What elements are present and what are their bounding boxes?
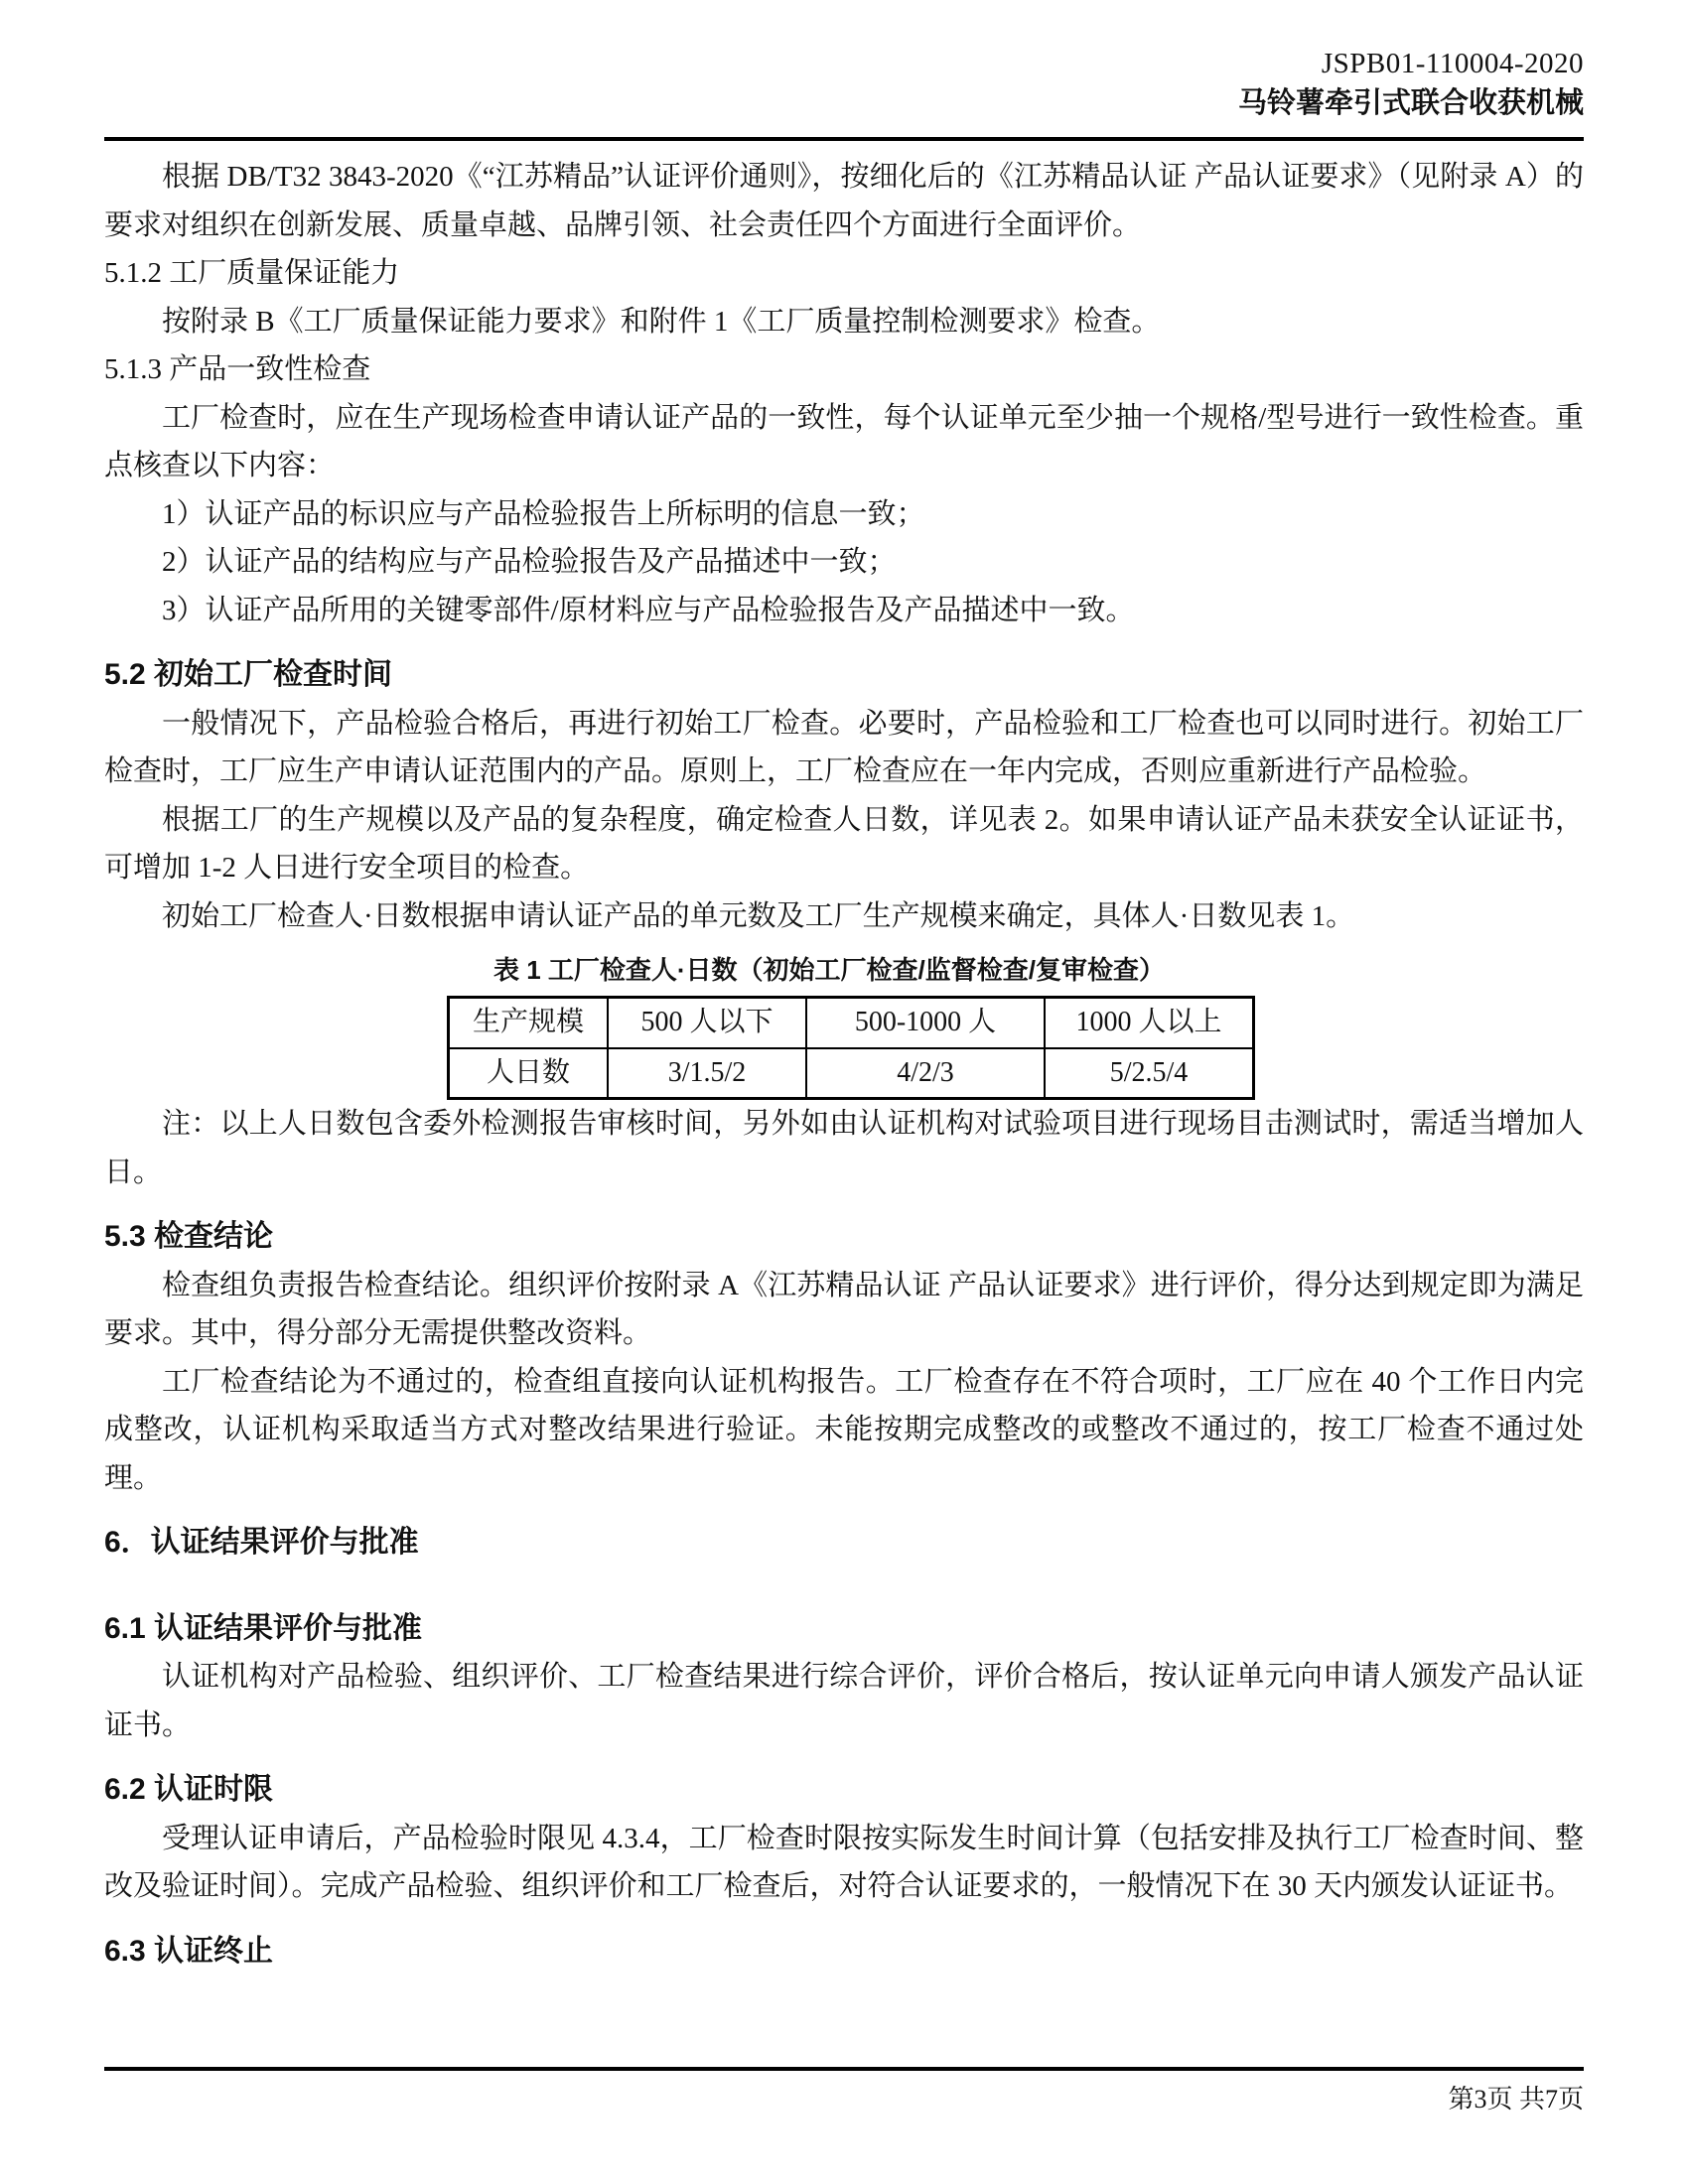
list-item-1: 1）认证产品的标识应与产品检验报告上所标明的信息一致； (104, 490, 1584, 539)
list-item-3: 3）认证产品所用的关键零部件/原材料应与产品检验报告及产品描述中一致。 (104, 587, 1584, 635)
section-6-2-paragraph: 受理认证申请后，产品检验时限见 4.3.4，工厂检查时限按实际发生时间计算（包括… (104, 1815, 1584, 1911)
table-cell: 1000 人以上 (1045, 998, 1254, 1048)
table-cell: 3/1.5/2 (608, 1048, 806, 1099)
table-cell: 生产规模 (449, 998, 609, 1048)
section-5-2-paragraph-1: 一般情况下，产品检验合格后，再进行初始工厂检查。必要时，产品检验和工厂检查也可以… (104, 700, 1584, 796)
section-6-1-title: 6.1 认证结果评价与批准 (104, 1605, 1584, 1654)
document-name: 马铃薯牵引式联合收获机械 (104, 83, 1584, 123)
document-page: JSPB01-110004-2020 马铃薯牵引式联合收获机械 根据 DB/T3… (0, 0, 1688, 2184)
section-6-title: 6．认证结果评价与批准 (104, 1519, 1584, 1568)
table-row-person-days: 人日数 3/1.5/2 4/2/3 5/2.5/4 (449, 1048, 1254, 1099)
table-cell: 500-1000 人 (806, 998, 1045, 1048)
section-5-2-paragraph-3: 初始工厂检查人·日数根据申请认证产品的单元数及工厂生产规模来确定，具体人·日数见… (104, 892, 1584, 941)
table-1-caption: 表 1 工厂检查人·日数（初始工厂检查/监督检查/复审检查） (447, 950, 1211, 990)
section-5-2-title: 5.2 初始工厂检查时间 (104, 651, 1584, 700)
section-5-1-2-paragraph: 按附录 B《工厂质量保证能力要求》和附件 1《工厂质量控制检测要求》检查。 (104, 298, 1584, 346)
page-footer: 第3页 共7页 (104, 2067, 1584, 2116)
page-header: JSPB01-110004-2020 马铃薯牵引式联合收获机械 (104, 44, 1584, 123)
section-5-1-3-paragraph: 工厂检查时，应在生产现场检查申请认证产品的一致性，每个认证单元至少抽一个规格/型… (104, 394, 1584, 490)
table-cell: 500 人以下 (608, 998, 806, 1048)
section-5-3-paragraph-1: 检查组负责报告检查结论。组织评价按附录 A《江苏精品认证 产品认证要求》进行评价… (104, 1262, 1584, 1358)
table-cell: 4/2/3 (806, 1048, 1045, 1099)
list-item-2: 2）认证产品的结构应与产品检验报告及产品描述中一致； (104, 538, 1584, 587)
section-5-1-2-title: 5.1.2 工厂质量保证能力 (104, 249, 1584, 298)
section-6-2-title: 6.2 认证时限 (104, 1766, 1584, 1815)
table-cell: 5/2.5/4 (1045, 1048, 1254, 1099)
table-1-people-days: 生产规模 500 人以下 500-1000 人 1000 人以上 人日数 3/1… (447, 996, 1255, 1100)
document-body: 根据 DB/T32 3843-2020《“江苏精品”认证评价通则》，按细化后的《… (104, 153, 1584, 1976)
header-divider (104, 137, 1584, 141)
table-cell: 人日数 (449, 1048, 609, 1099)
section-5-3-title: 5.3 检查结论 (104, 1213, 1584, 1262)
section-6-1-paragraph: 认证机构对产品检验、组织评价、工厂检查结果进行综合评价，评价合格后，按认证单元向… (104, 1653, 1584, 1749)
table-note: 注：以上人日数包含委外检测报告审核时间，另外如由认证机构对试验项目进行现场目击测… (104, 1100, 1584, 1196)
section-5-1-3-title: 5.1.3 产品一致性检查 (104, 345, 1584, 394)
section-5-3-paragraph-2: 工厂检查结论为不通过的，检查组直接向认证机构报告。工厂检查存在不符合项时，工厂应… (104, 1358, 1584, 1503)
section-6-3-title: 6.3 认证终止 (104, 1928, 1584, 1977)
table-row-production-scale: 生产规模 500 人以下 500-1000 人 1000 人以上 (449, 998, 1254, 1048)
intro-paragraph: 根据 DB/T32 3843-2020《“江苏精品”认证评价通则》，按细化后的《… (104, 153, 1584, 249)
document-code: JSPB01-110004-2020 (104, 44, 1584, 83)
section-5-2-paragraph-2: 根据工厂的生产规模以及产品的复杂程度，确定检查人日数，详见表 2。如果申请认证产… (104, 796, 1584, 892)
page-number: 第3页 共7页 (1448, 2085, 1584, 2114)
